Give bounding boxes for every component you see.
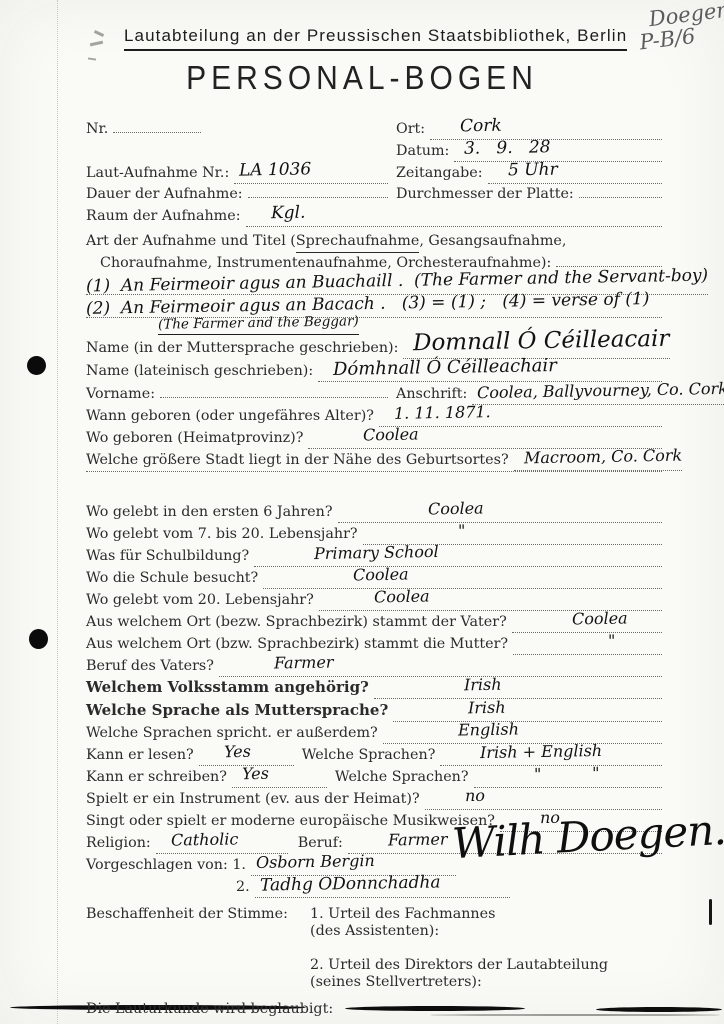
mother-tongue-label: Welche Sprache als Muttersprache?	[86, 700, 393, 720]
beruf-label: Beruf:	[288, 833, 348, 853]
proposer2-line: Tadhg ODonnchadha	[255, 876, 510, 898]
mother-origin-value: "	[608, 631, 616, 651]
can-write-label: Kann er schreiben?	[86, 767, 232, 787]
lived-first6-line: Coolea	[338, 501, 662, 523]
beruf-value: Farmer	[388, 829, 448, 850]
form-body: Nr. Ort: Cork Datum: 3. 9. 28 Laut-Aufna…	[86, 118, 662, 1019]
anschrift-label: Anschrift:	[396, 384, 472, 404]
form-row: Kann er lesen? Yes Welche Sprachen? Iris…	[86, 744, 662, 766]
scan-margin-line	[57, 0, 58, 1024]
datum-line: 3. 9. 28	[454, 140, 662, 162]
form-row: Wann geboren (oder ungefähres Alter)? 1.…	[86, 405, 662, 427]
can-read-label: Kann er lesen?	[86, 745, 199, 765]
religion-label: Religion:	[86, 833, 156, 853]
name-latin-value: Dómhnall Ó Céilleachair	[333, 356, 557, 380]
punch-hole-bottom	[29, 629, 48, 649]
pencil-scribble	[94, 30, 104, 37]
lived-first6-value: Coolea	[427, 499, 483, 520]
raum-line: Kgl.	[246, 205, 662, 227]
born-where-label: Wo geboren (Heimatprovinz)?	[86, 428, 308, 448]
form-row: Dauer der Aufnahme: Durchmesser der Plat…	[86, 184, 662, 205]
name-native-label: Name (in der Muttersprache geschrieben):	[86, 338, 403, 358]
ort-label: Ort:	[396, 119, 430, 139]
born-when-value: 1. 11. 1871.	[394, 402, 491, 424]
name-latin-line: Dómhnall Ó Céilleachair	[318, 360, 662, 382]
voice-expert-line1: 1. Urteil des Fachmannes	[310, 906, 608, 923]
form-row: Welche größere Stadt liegt in der Nähe d…	[86, 449, 662, 471]
zeitangabe-value: 5 Uhr	[507, 160, 557, 181]
vorname-label: Vorname:	[86, 384, 160, 404]
form-title: PERSONAL-BOGEN	[0, 60, 724, 97]
can-write-value: Yes	[242, 764, 269, 784]
mother-origin-label: Aus welchem Ort (bzw. Sprachbezirk) stam…	[86, 634, 513, 654]
form-row: Kann er schreiben? Yes Welche Sprachen? …	[86, 766, 662, 788]
voice-director-line2: (seines Stellvertreters):	[310, 974, 608, 991]
form-row: Name (lateinisch geschrieben): Dómhnall …	[86, 360, 662, 383]
voice-quality-block: Beschaffenheit der Stimme: 1. Urteil des…	[86, 906, 662, 991]
father-origin-label: Aus welchem Ort (bezw. Sprachbezirk) sta…	[86, 612, 512, 632]
form-row: Spielt er ein Instrument (ev. aus der He…	[86, 788, 662, 810]
form-row: Laut-Aufnahme Nr.: LA 1036 Zeitangabe: 5…	[86, 162, 662, 184]
mother-origin-line: "	[513, 633, 662, 655]
read-langs-value: Irish + English	[480, 741, 602, 763]
dauer-line	[248, 197, 388, 198]
schooling-line: Primary School	[254, 545, 662, 567]
laut-nr-line: LA 1036	[234, 162, 388, 184]
art-label-type: Sprechaufnahme	[296, 231, 419, 253]
art-label-suffix: , Gesangsaufnahme,	[419, 231, 566, 251]
anschrift-value: Coolea, Ballyvourney, Co. Cork	[477, 378, 724, 402]
nearest-town-value: Macroom, Co. Cork	[523, 445, 681, 468]
form-row: Nr. Ort: Cork	[86, 118, 662, 140]
certify-label: Die Lauturkunde wird beglaubigt:	[86, 999, 338, 1019]
nr-label: Nr.	[86, 119, 113, 139]
other-langs-label: Welche Sprachen spricht. er außerdem?	[86, 723, 383, 743]
institution-header: Lautabteilung an der Preussischen Staats…	[124, 26, 627, 51]
datum-value: 3. 9. 28	[464, 137, 551, 159]
write-langs-value: " "	[533, 763, 599, 784]
title2-translation: (The Farmer and the Beggar)	[158, 318, 359, 335]
form-row: Wo gelebt vom 20. Lebensjahr? Coolea	[86, 589, 662, 611]
pencil-stamp: Doegen P-B/6	[636, 0, 724, 54]
form-row: Wo die Schule besucht? Coolea	[86, 567, 662, 589]
born-when-line: 1. 11. 1871.	[379, 405, 662, 427]
religion-value: Catholic	[171, 829, 239, 850]
born-where-line: Coolea	[308, 427, 662, 449]
volksstamm-value: Irish	[464, 675, 502, 696]
dauer-label: Dauer der Aufnahme:	[86, 184, 248, 204]
nearest-town-line: Macroom, Co. Cork	[514, 449, 682, 471]
school-where-value: Coolea	[353, 565, 409, 586]
durchmesser-label: Durchmesser der Platte:	[396, 184, 579, 204]
proposer2-number: 2.	[236, 877, 255, 897]
other-langs-line: English	[383, 722, 662, 744]
form-row: Die Lauturkunde wird beglaubigt:	[86, 999, 662, 1020]
lived-first6-label: Wo gelebt in den ersten 6 Jahren?	[86, 502, 338, 522]
read-langs-label: Welche Sprachen?	[294, 745, 441, 765]
lived-7to20-label: Wo gelebt vom 7. bis 20. Lebensjahr?	[86, 524, 363, 544]
born-when-label: Wann geboren (oder ungefähres Alter)?	[86, 406, 379, 426]
write-langs-line: " "	[474, 766, 662, 788]
born-where-value: Coolea	[363, 424, 419, 445]
form-row: Raum der Aufnahme: Kgl.	[86, 205, 662, 227]
form-row: Aus welchem Ort (bzw. Sprachbezirk) stam…	[86, 633, 662, 655]
vorname-line	[160, 397, 388, 398]
pencil-scribble	[90, 41, 103, 47]
title2-line: (2) An Feirmeoir agus an Bacach . (3) = …	[86, 296, 662, 318]
form-row: 2. Tadhg ODonnchadha	[236, 876, 662, 899]
name-latin-label: Name (lateinisch geschrieben):	[86, 361, 318, 381]
can-read-line: Yes	[199, 744, 294, 766]
lived-from20-label: Wo gelebt vom 20. Lebensjahr?	[86, 590, 319, 610]
father-job-label: Beruf des Vaters?	[86, 656, 219, 676]
volksstamm-line: Irish	[374, 677, 662, 699]
form-row: Welchem Volksstamm angehörig? Irish	[86, 677, 662, 700]
nr-line	[113, 132, 201, 133]
voice-quality-label: Beschaffenheit der Stimme:	[86, 906, 310, 991]
lived-from20-value: Coolea	[374, 587, 430, 608]
write-langs-label: Welche Sprachen?	[327, 767, 474, 787]
form-row: Wo gelebt in den ersten 6 Jahren? Coolea	[86, 501, 662, 523]
durchmesser-line	[579, 197, 662, 198]
form-row: (2) An Feirmeoir agus an Bacach . (3) = …	[86, 296, 662, 319]
name-native-value: Domnall Ó Céilleacair	[413, 329, 670, 353]
lived-7to20-value: "	[457, 521, 465, 541]
religion-line: Catholic	[156, 832, 288, 854]
anschrift-line: Coolea, Ballyvourney, Co. Cork	[472, 383, 724, 405]
form-row: Art der Aufnahme und Titel (Sprechaufnah…	[86, 231, 662, 253]
raum-label: Raum der Aufnahme:	[86, 206, 246, 226]
father-job-value: Farmer	[274, 652, 334, 673]
raum-value: Kgl.	[270, 202, 305, 223]
punch-hole-top	[27, 356, 46, 375]
blank-line	[86, 471, 662, 472]
form-row: Wo geboren (Heimatprovinz)? Coolea	[86, 427, 662, 449]
other-langs-value: English	[458, 719, 519, 740]
zeitangabe-label: Zeitangabe:	[396, 163, 488, 183]
instrument-value: no	[464, 786, 484, 806]
zeitangabe-line: 5 Uhr	[488, 162, 662, 184]
volksstamm-label: Welchem Volksstamm angehörig?	[86, 677, 374, 697]
father-job-line: Farmer	[219, 655, 662, 677]
form-row: Was für Schulbildung? Primary School	[86, 545, 662, 567]
father-origin-line: Coolea	[512, 611, 662, 633]
can-write-line: Yes	[232, 766, 327, 788]
laut-nr-label: Laut-Aufnahme Nr.:	[86, 163, 234, 183]
form-row: Wo gelebt vom 7. bis 20. Lebensjahr? "	[86, 523, 662, 545]
art-label-prefix: Art der Aufnahme und Titel (	[86, 231, 296, 251]
ort-value: Cork	[460, 116, 502, 137]
voice-director-line1: 2. Urteil des Direktors der Lautabteilun…	[310, 957, 608, 974]
form-row: Vorname: Anschrift: Coolea, Ballyvourney…	[86, 383, 662, 405]
laut-nr-value: LA 1036	[239, 159, 312, 180]
form-row: Name (in der Muttersprache geschrieben):…	[86, 335, 662, 360]
form-row	[86, 471, 662, 492]
modern-music-label: Singt oder spielt er moderne europäische…	[86, 811, 500, 831]
proposed-by-label: Vorgeschlagen von: 1.	[86, 855, 251, 875]
ink-mark	[709, 899, 712, 925]
mother-tongue-line: Irish	[393, 700, 662, 722]
proposer2-value: Tadhg ODonnchadha	[259, 872, 440, 895]
schooling-label: Was für Schulbildung?	[86, 546, 254, 566]
title2-translation-text: (The Farmer and the Beggar)	[158, 314, 359, 333]
form-row: Datum: 3. 9. 28	[86, 140, 662, 162]
school-where-label: Wo die Schule besucht?	[86, 568, 263, 588]
instrument-label: Spielt er ein Instrument (ev. aus der He…	[86, 789, 425, 809]
proposer1-value: Osborn Bergin	[256, 851, 375, 873]
schooling-value: Primary School	[314, 542, 439, 564]
nearest-town-label: Welche größere Stadt liegt in der Nähe d…	[86, 450, 514, 470]
form-row: Welche Sprache als Muttersprache? Irish	[86, 700, 662, 723]
datum-label: Datum:	[396, 141, 454, 161]
voice-expert-line2: (des Assistenten):	[310, 923, 608, 940]
read-langs-line: Irish + English	[440, 744, 662, 766]
form-row: Beruf des Vaters? Farmer	[86, 655, 662, 677]
lived-from20-line: Coolea	[319, 589, 662, 611]
form-row: Aus welchem Ort (bezw. Sprachbezirk) sta…	[86, 611, 662, 633]
mother-tongue-value: Irish	[468, 697, 506, 718]
instrument-line: no	[425, 788, 662, 810]
father-origin-value: Coolea	[572, 609, 628, 630]
school-where-line: Coolea	[263, 567, 662, 589]
can-read-value: Yes	[224, 742, 251, 762]
scanned-personal-bogen-form: Doegen P-B/6 Lautabteilung an der Preuss…	[0, 0, 724, 1024]
